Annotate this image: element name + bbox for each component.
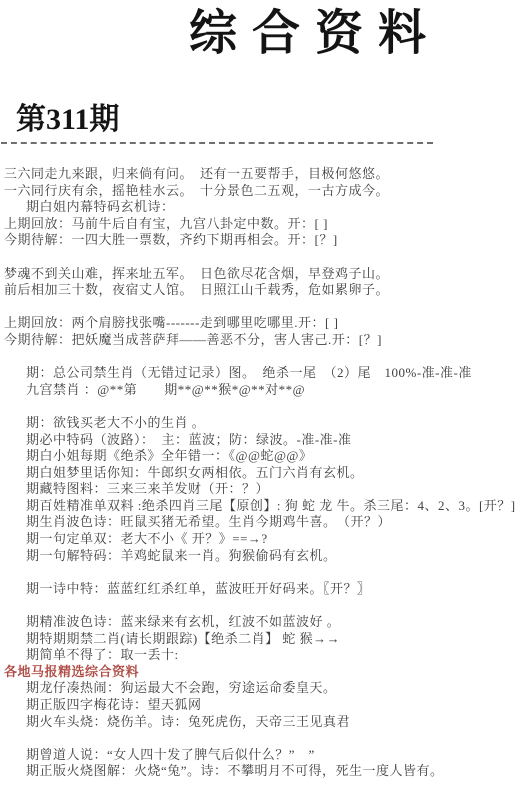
text-line: 上期回放：两个肩膀找张嘴-------走到哪里吃哪里.开：[ ]: [4, 315, 522, 332]
text-line: 一六同行庆有余，摇艳桂水云。 十分景色二五观，一古方成今。: [4, 183, 522, 200]
text-line: 期：欲钱买老大不小的生肖 。: [4, 415, 522, 432]
text-line: 期正版火烧图解：火烧“兔”。诗：不攀明月不可得，死生一度人皆有。: [4, 763, 522, 780]
dashed-divider: [1, 142, 433, 144]
text-line: 期龙仔凑热闹：狗运最大不会跑，穷途运命委皇天。: [4, 680, 522, 697]
text-line: 前后相加三十数，夜宿丈人馆。 日照江山千载秀，危如累卵子。: [4, 282, 522, 299]
blank-line: [4, 349, 522, 366]
text-line: 期火车头烧：烧伤羊。诗：兔死虎伤，天帝三王见真君: [4, 714, 522, 731]
text-line: 期白小姐每期《绝杀》全年错一：《@@蛇@@》: [4, 448, 522, 465]
text-line: 九宫禁肖 ：@**第 期**@**猴*@**对**@: [4, 382, 522, 399]
text-line: 期白姐梦里话你知：牛郎织女两相依。五门六肖有玄机。: [4, 465, 522, 482]
text-line: 期生肖波色诗：旺鼠买猪无希望。生肖今期鸡牛喜。 （开？）: [4, 514, 522, 531]
blank-line: [4, 249, 522, 266]
text-line: 期一诗中特：蓝蓝红红杀红单，蓝波旺开好码来。〖开？〗: [4, 581, 522, 598]
text-line: 期藏特图料：三来三来羊发财（开：？）: [4, 481, 522, 498]
text-line: 今期待解：把妖魔当成菩萨拜——善恶不分，害人害己.开：[？]: [4, 332, 522, 349]
text-line: 期一句定单双：老大不小《 开？》==→?: [4, 531, 522, 548]
blank-line: [4, 730, 522, 747]
blank-line: [4, 597, 522, 614]
text-line: 期必中特码（波路）： 主：蓝波；防：绿波。-准-准-准: [4, 432, 522, 449]
text-line: 三六同走九来跟，归来倘有问。 还有一五要帮手，目极何悠悠。: [4, 166, 522, 183]
red-section-title: 各地马报精选综合资料: [4, 664, 522, 681]
text-line: 期特期期禁二肖(请长期跟踪)【绝杀二肖】 蛇 猴→→: [4, 631, 522, 648]
text-line: 期曾道人说：“女人四十发了脾气后似什么？” ”: [4, 747, 522, 764]
text-line: 上期回放：马前牛后自有宝，九宫八卦定中数。开：[ ]: [4, 216, 522, 233]
document-page: 综合资料 第311期 三六同走九来跟，归来倘有问。 还有一五要帮手，目极何悠悠。…: [0, 6, 522, 800]
blank-line: [4, 564, 522, 581]
text-line: 期：总公司禁生肖（无错过记录）图。 绝杀一尾 （2）尾 100%-准-准-准: [4, 365, 522, 382]
text-line: 今期待解：一四大胜一票数，齐约下期再相会。开：[？]: [4, 232, 522, 249]
content-lines: 三六同走九来跟，归来倘有问。 还有一五要帮手，目极何悠悠。一六同行庆有余，摇艳桂…: [0, 166, 522, 780]
page-title: 综合资料: [54, 6, 522, 62]
text-line: 梦魂不到关山难，挥来址五军。 日色欲尽花含烟，早登鸡子山。: [4, 266, 522, 283]
blank-line: [4, 299, 522, 316]
text-line: 期百姓精准单双料 :绝杀四肖三尾【原创】: 狗 蛇 龙 牛。杀三尾：4、2、3。…: [4, 498, 522, 515]
text-line: 期正版四字梅花诗：望天狐网: [4, 697, 522, 714]
text-line: 期精准波色诗：蓝来绿来有玄机，红波不如蓝波好 。: [4, 614, 522, 631]
text-line: 期简单不得了：取一丢十:: [4, 647, 522, 664]
text-line: 期白姐内幕特码玄机诗：: [4, 199, 522, 216]
text-line: 期一句解特码：羊鸡蛇鼠来一肖。狗猴偷码有玄机。: [4, 548, 522, 565]
blank-line: [4, 398, 522, 415]
issue-heading: 第311期: [16, 102, 522, 138]
